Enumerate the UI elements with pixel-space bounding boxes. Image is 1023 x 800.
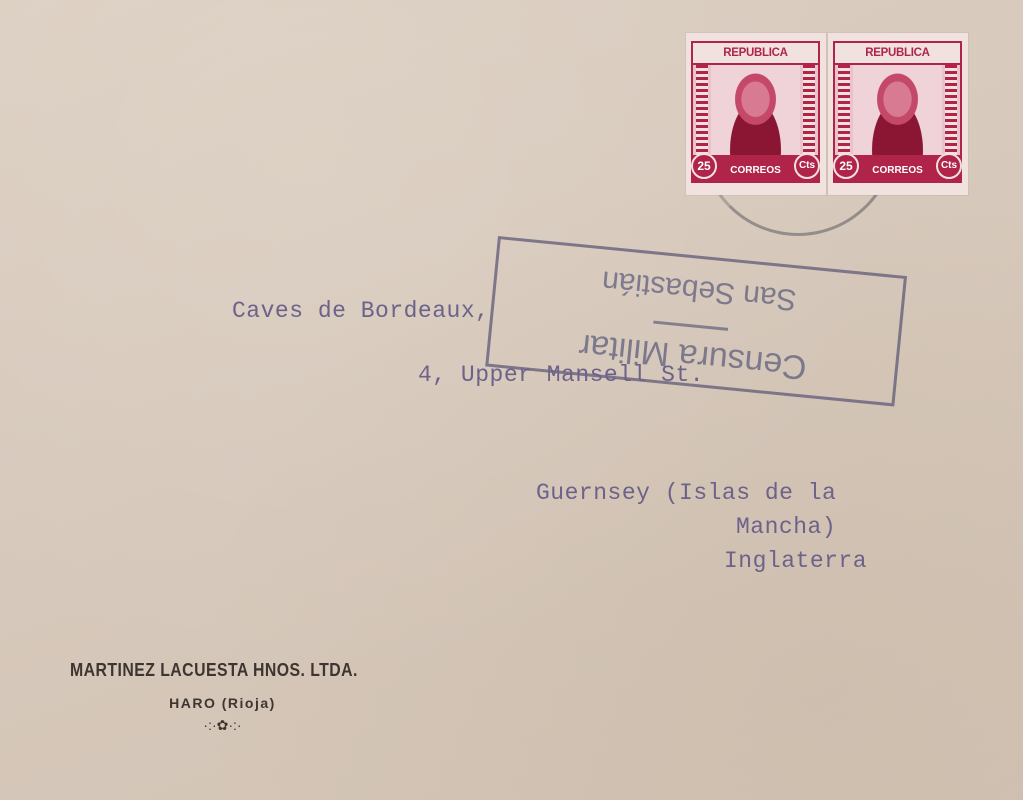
ornament-icon: ·:·✿·:· bbox=[70, 717, 375, 734]
postage-stamp-1: REPUBLICA ESPAÑOLA 25 CORREOS Cts bbox=[686, 33, 826, 195]
stamp-border-pattern bbox=[696, 65, 708, 155]
sender-city: HARO (Rioja) bbox=[70, 695, 375, 711]
sender-name: MARTINEZ LACUESTA HNOS. LTDA. bbox=[70, 660, 338, 681]
envelope: REPUBLICA ESPAÑOLA 25 CORREOS Cts REPUBL… bbox=[0, 0, 1023, 800]
stamp-border-pattern bbox=[945, 65, 957, 155]
stamp-label: CORREOS bbox=[861, 165, 934, 176]
stamp-value: 25 bbox=[833, 153, 859, 179]
stamp-country: REPUBLICA ESPAÑOLA bbox=[835, 43, 960, 65]
censor-city: San Sebastián bbox=[496, 253, 902, 326]
address-line-2: 4, Upper Mansell St. bbox=[418, 362, 704, 388]
stamp-frame: REPUBLICA ESPAÑOLA 25 CORREOS Cts bbox=[691, 41, 820, 183]
stamp-border-pattern bbox=[838, 65, 850, 155]
stamp-frame: REPUBLICA ESPAÑOLA 25 CORREOS Cts bbox=[833, 41, 962, 183]
postage-stamp-2: REPUBLICA ESPAÑOLA 25 CORREOS Cts bbox=[828, 33, 968, 195]
stamp-unit: Cts bbox=[936, 153, 962, 179]
stamp-portrait bbox=[711, 65, 800, 155]
address-line-4: Mancha) bbox=[736, 514, 836, 540]
address-line-1: Caves de Bordeaux, bbox=[232, 298, 489, 324]
stamp-unit: Cts bbox=[794, 153, 820, 179]
stamp-value: 25 bbox=[691, 153, 717, 179]
stamp-country: REPUBLICA ESPAÑOLA bbox=[693, 43, 818, 65]
stamp-border-pattern bbox=[803, 65, 815, 155]
sender-imprint: MARTINEZ LACUESTA HNOS. LTDA. HARO (Rioj… bbox=[70, 660, 375, 734]
stamp-portrait bbox=[853, 65, 942, 155]
stamp-label: CORREOS bbox=[719, 165, 792, 176]
address-line-5: Inglaterra bbox=[724, 548, 867, 574]
stamp-footer: 25 CORREOS Cts bbox=[693, 155, 818, 181]
censor-divider bbox=[653, 321, 728, 331]
stamp-footer: 25 CORREOS Cts bbox=[835, 155, 960, 181]
address-line-3: Guernsey (Islas de la bbox=[536, 480, 836, 506]
